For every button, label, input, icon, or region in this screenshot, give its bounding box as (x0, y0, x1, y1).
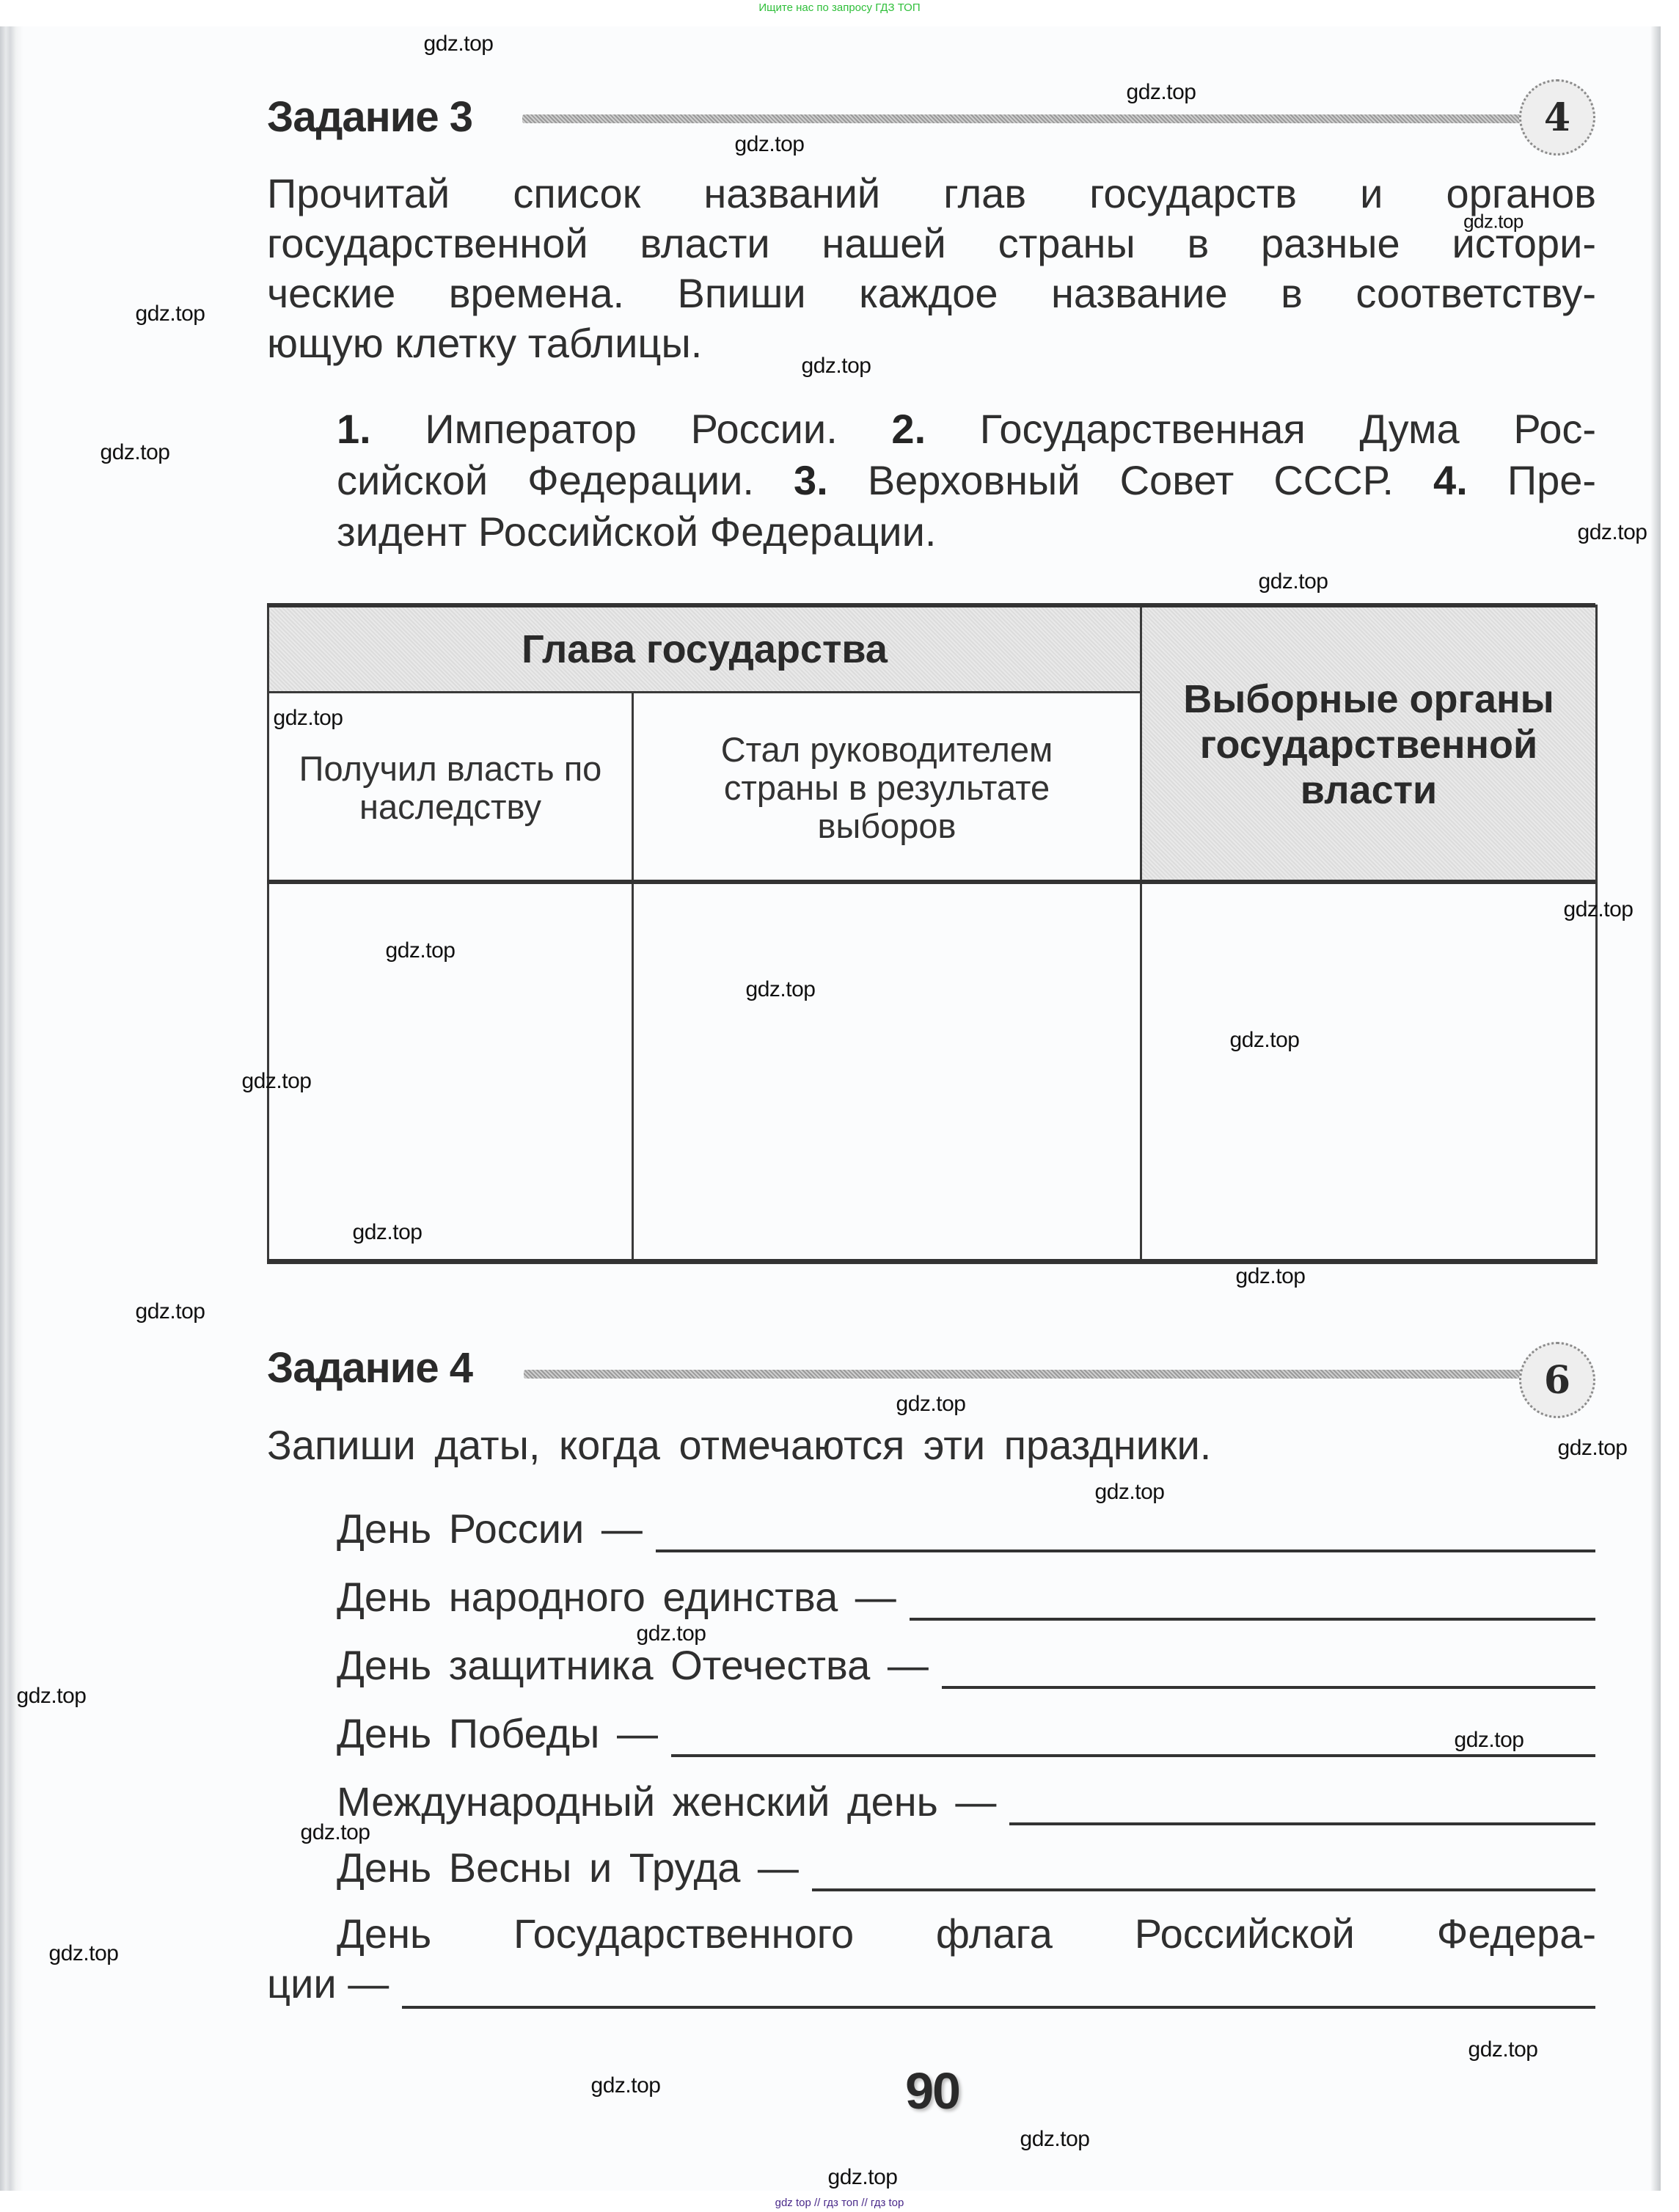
names-list-line: зидент Российской Федерации. (337, 506, 1596, 558)
instruction-line: ческие времена. Впиши каждое название в … (267, 269, 1596, 318)
watermark: gdz.top (1578, 520, 1647, 545)
page-edge-left (0, 26, 23, 2191)
holiday-label: Международный женский день — (337, 1778, 996, 1825)
answer-cell-elected-bodies[interactable] (1141, 883, 1597, 1263)
holiday-row: День народного единства — (337, 1574, 1595, 1625)
task4-points-badge: 6 (1519, 1342, 1595, 1418)
item-text: зидент Российской Федерации. (337, 508, 936, 555)
instruction-line: государственной власти нашей страны в ра… (267, 219, 1596, 269)
watermark: gdz.top (896, 1392, 966, 1417)
instruction-line: ющую клетку таблицы. (267, 318, 1596, 368)
table-col2-header: Стал руководителем страны в результате в… (633, 693, 1141, 883)
watermark: gdz.top (1558, 1436, 1628, 1461)
watermark: gdz.top (386, 938, 456, 963)
holiday-label: День Весны и Труда — (337, 1844, 799, 1891)
task3-rule (522, 114, 1534, 123)
names-list-line: сийской Федерации. 3. Верховный Совет СС… (337, 455, 1596, 506)
date-answer-line[interactable] (402, 2006, 1595, 2009)
watermark: gdz.top (746, 977, 816, 1002)
watermark: gdz.top (1236, 1264, 1306, 1289)
page-number: 90 (896, 2062, 969, 2120)
holiday-label: День Победы — (337, 1710, 658, 1757)
table-top-border (267, 603, 1595, 607)
date-answer-line[interactable] (910, 1618, 1595, 1621)
table-bottom-border (267, 1259, 1595, 1263)
watermark: gdz.top (828, 2165, 898, 2190)
table-group-header: Глава государства (268, 606, 1141, 693)
flag-day-label-cont: ции — (267, 1960, 389, 2007)
holiday-row: День Победы — (337, 1710, 1595, 1762)
watermark: gdz.top (591, 2073, 661, 2098)
watermark: gdz.top (1095, 1480, 1165, 1505)
item-text: Пре- (1468, 457, 1596, 503)
watermark: gdz.top (1455, 1728, 1524, 1753)
answer-cell-elected-head[interactable] (633, 883, 1141, 1263)
holiday-label: День защитника Отечества — (337, 1642, 929, 1689)
date-answer-line[interactable] (656, 1550, 1595, 1552)
date-answer-line[interactable] (812, 1888, 1595, 1891)
flag-day-label: День Государственного флага Российской Ф… (337, 1910, 1596, 1957)
holiday-row: Международный женский день — (337, 1778, 1595, 1830)
watermark: gdz.top (1468, 2037, 1538, 2062)
date-answer-line[interactable] (1009, 1822, 1595, 1825)
watermark: gdz.top (242, 1069, 312, 1094)
holiday-row: День Весны и Труда — (337, 1844, 1595, 1896)
item-text: сийской Федерации. (337, 457, 794, 503)
page-edge-right (1650, 26, 1661, 2191)
watermark: gdz.top (49, 1941, 119, 1966)
task3-heading: Задание 3 (267, 92, 1631, 144)
watermark: gdz.top (1020, 2127, 1090, 2152)
task4-title: Задание 4 (267, 1343, 472, 1392)
watermark: gdz.top (353, 1220, 423, 1245)
answer-table: Глава государства Выборные органы госуда… (267, 605, 1598, 1264)
watermark: gdz.top (136, 1299, 205, 1324)
holiday-label: День народного единства — (337, 1574, 896, 1621)
item-number: 3. (794, 457, 828, 503)
watermark: gdz.top (735, 132, 805, 157)
watermark: gdz.top (274, 706, 343, 731)
watermark: gdz.top (1259, 569, 1328, 594)
item-text: Император России. (371, 406, 892, 452)
names-list-line: 1. Император России. 2. Государственная … (337, 404, 1596, 455)
holiday-row: День России — (337, 1505, 1595, 1557)
watermark: gdz.top (1463, 211, 1523, 233)
table-header-divider (267, 880, 1595, 884)
instruction-line: Прочитай список названий глав государств… (267, 169, 1596, 219)
watermark: gdz.top (637, 1621, 706, 1646)
watermark: gdz.top (301, 1820, 370, 1845)
names-list: 1. Император России. 2. Государственная … (337, 404, 1596, 558)
task3-title: Задание 3 (267, 92, 472, 142)
flag-day-row: ции — (267, 1960, 1595, 2012)
date-answer-line[interactable] (671, 1754, 1595, 1757)
watermark: gdz.top (100, 440, 170, 465)
item-number: 1. (337, 406, 371, 452)
holiday-label: День России — (337, 1505, 643, 1552)
watermark: gdz.top (1230, 1028, 1300, 1053)
task4-heading: Задание 4 (267, 1343, 1631, 1395)
task3-points-badge: 4 (1519, 79, 1595, 156)
top-banner: Ищите нас по запросу ГДЗ ТОП (0, 1, 1679, 14)
table-col3-header: Выборные органы государственной власти (1141, 606, 1597, 883)
task3-instruction: Прочитай список названий глав государств… (267, 169, 1596, 368)
task4-instruction: Запиши даты, когда отмечаются эти праздн… (267, 1421, 1211, 1469)
date-answer-line[interactable] (942, 1686, 1595, 1689)
item-number: 2. (891, 406, 926, 452)
watermark: gdz.top (1127, 80, 1196, 105)
watermark: gdz.top (136, 302, 205, 326)
task4-rule (524, 1370, 1536, 1379)
holiday-row: День защитника Отечества — (337, 1642, 1595, 1693)
watermark: gdz.top (802, 354, 871, 379)
item-text: Государственная Дума Рос- (926, 406, 1596, 452)
item-number: 4. (1433, 457, 1468, 503)
watermark: gdz.top (17, 1684, 87, 1709)
bottom-banner: gdz top // гдз топ // гдз top (0, 2197, 1679, 2209)
watermark: gdz.top (424, 32, 494, 56)
watermark: gdz.top (1564, 897, 1634, 922)
item-text: Верховный Совет СССР. (828, 457, 1433, 503)
